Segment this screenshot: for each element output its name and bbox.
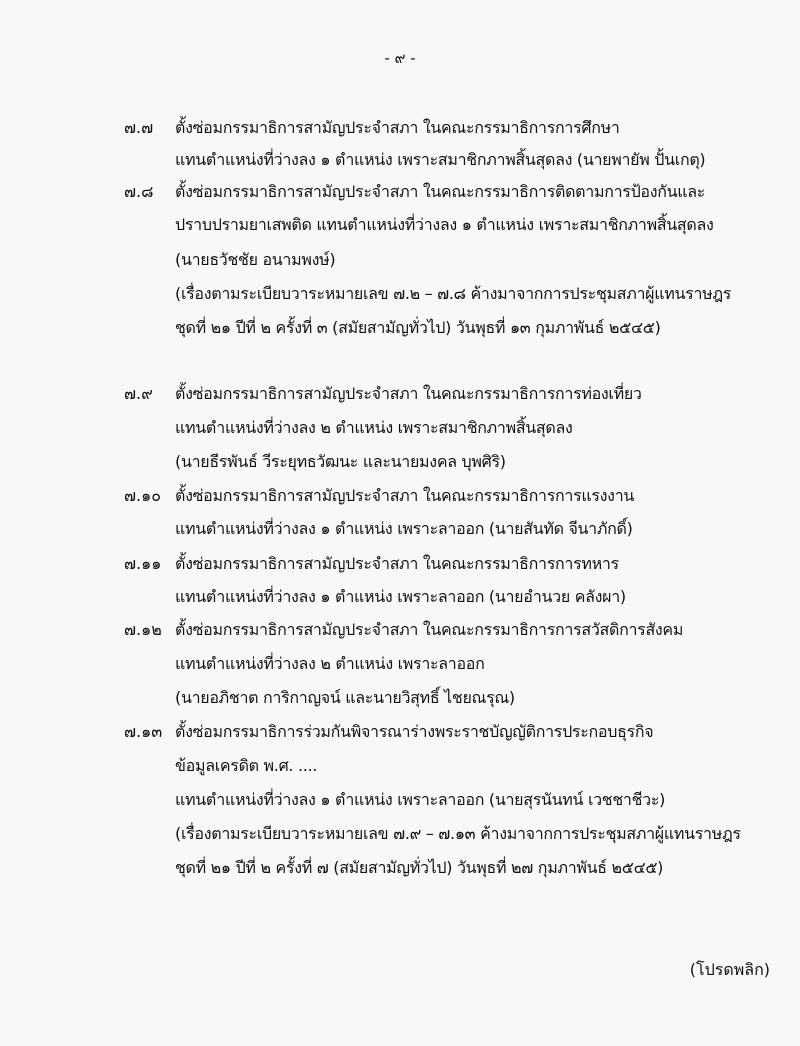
item-line: ปราบปรามยาเสพติด แทนตำแหน่งที่ว่างลง ๑ ต… (175, 215, 714, 235)
item-line: ตั้งซ่อมกรรมาธิการสามัญประจำสภา ในคณะกรร… (175, 182, 705, 202)
item-number: ๗.๗ (124, 118, 153, 138)
item-line: แทนตำแหน่งที่ว่างลง ๑ ตำแหน่ง เพราะลาออก… (175, 790, 665, 810)
item-line: แทนตำแหน่งที่ว่างลง ๑ ตำแหน่ง เพราะสมาชิ… (175, 150, 705, 170)
item-line: ตั้งซ่อมกรรมาธิการสามัญประจำสภา ในคณะกรร… (175, 554, 619, 574)
item-line: (เรื่องตามระเบียบวาระหมายเลข ๗.๒ – ๗.๘ ค… (175, 284, 731, 304)
item-number: ๗.๑๐ (124, 486, 161, 506)
item-line: ข้อมูลเครดิต พ.ศ. .... (175, 756, 317, 776)
item-line: แทนตำแหน่งที่ว่างลง ๒ ตำแหน่ง เพราะลาออก (175, 654, 485, 674)
please-turn-over-note: (โปรดพลิก) (690, 958, 770, 983)
item-line: แทนตำแหน่งที่ว่างลง ๑ ตำแหน่ง เพราะลาออก… (175, 519, 633, 539)
item-number: ๗.๙ (124, 384, 153, 404)
item-line: ตั้งซ่อมกรรมาธิการสามัญประจำสภา ในคณะกรร… (175, 118, 620, 138)
item-line: ตั้งซ่อมกรรมาธิการสามัญประจำสภา ในคณะกรร… (175, 384, 642, 404)
item-line: ชุดที่ ๒๑ ปีที่ ๒ ครั้งที่ ๗ (สมัยสามัญท… (175, 858, 663, 878)
item-number: ๗.๘ (124, 182, 153, 202)
item-line: ตั้งซ่อมกรรมาธิการร่วมกันพิจารณาร่างพระร… (175, 722, 653, 742)
item-number: ๗.๑๒ (124, 620, 162, 640)
item-line: ชุดที่ ๒๑ ปีที่ ๒ ครั้งที่ ๓ (สมัยสามัญท… (175, 318, 661, 338)
item-line: (เรื่องตามระเบียบวาระหมายเลข ๗.๙ – ๗.๑๓ … (175, 824, 741, 844)
item-line: แทนตำแหน่งที่ว่างลง ๒ ตำแหน่ง เพราะสมาชิ… (175, 418, 573, 438)
item-line: (นายธวัชชัย อนามพงษ์) (175, 250, 335, 270)
item-line: แทนตำแหน่งที่ว่างลง ๑ ตำแหน่ง เพราะลาออก… (175, 587, 626, 607)
item-line: (นายธีรพันธ์ วีระยุทธวัฒนะ และนายมงคล บุ… (175, 452, 506, 472)
item-line: ตั้งซ่อมกรรมาธิการสามัญประจำสภา ในคณะกรร… (175, 486, 634, 506)
item-line: ตั้งซ่อมกรรมาธิการสามัญประจำสภา ในคณะกรร… (175, 620, 683, 640)
item-line: (นายอภิชาต การิกาญจน์ และนายวิสุทธิ์ ไชย… (175, 688, 515, 708)
item-number: ๗.๑๓ (124, 722, 162, 742)
page-number: - ๙ - (0, 46, 800, 70)
item-number: ๗.๑๑ (124, 554, 161, 574)
